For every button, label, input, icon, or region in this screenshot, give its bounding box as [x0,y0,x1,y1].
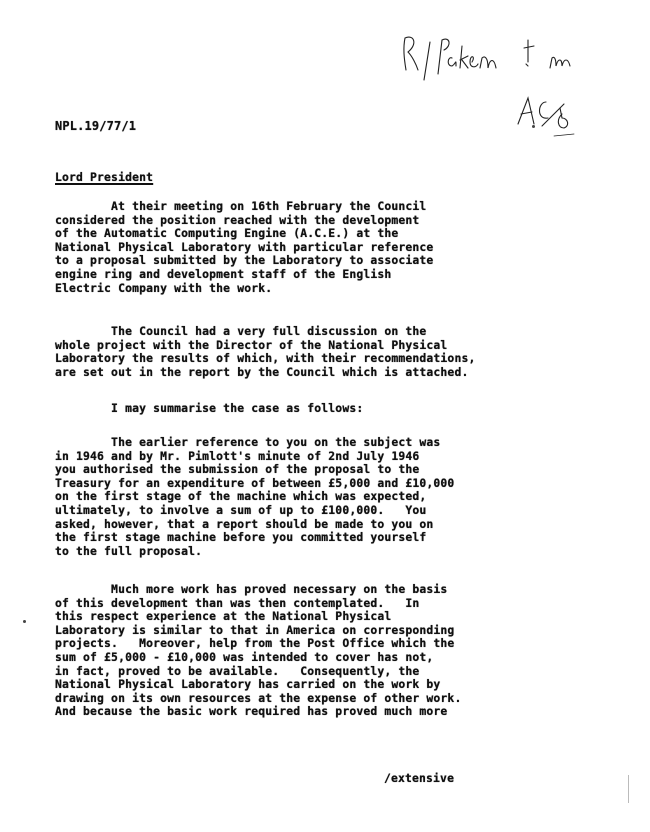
text-line: And because the basic work required has … [55,705,461,719]
text-line: engine ring and development staff of the… [55,268,433,282]
margin-mark [628,775,629,803]
text-line: of the Automatic Computing Engine (A.C.E… [55,227,433,241]
text-line: projects. Moreover, help from the Post O… [55,637,461,651]
paragraph-summary-intro: I may summarise the case as follows: [55,402,363,416]
document-reference: NPL.19/77/1 [55,120,136,134]
text-line: The earlier reference to you on the subj… [55,436,454,450]
margin-dot [23,620,26,623]
text-line: are set out in the report by the Council… [55,366,475,380]
handwritten-annotation [400,28,600,138]
text-line: Much more work has proved necessary on t… [55,583,461,597]
text-line: to the full proposal. [55,545,454,559]
text-line: this respect experience at the National … [55,610,461,624]
text-line: on the first stage of the machine which … [55,490,454,504]
text-line: The Council had a very full discussion o… [55,325,475,339]
text-line: to a proposal submitted by the Laborator… [55,254,433,268]
text-line: National Physical Laboratory has carried… [55,678,461,692]
text-line: ultimately, to involve a sum of up to £1… [55,504,454,518]
text-line: you authorised the submission of the pro… [55,463,454,477]
addressee-heading: Lord President [55,171,153,185]
paragraph-more-work: Much more work has proved necessary on t… [55,583,461,719]
paragraph-council-discussion: The Council had a very full discussion o… [55,325,475,379]
text-line: sum of £5,000 - £10,000 was intended to … [55,651,461,665]
text-line: Electric Company with the work. [55,282,433,296]
continuation-catchword: /extensive [384,772,454,786]
text-line: At their meeting on 16th February the Co… [55,200,433,214]
text-line: I may summarise the case as follows: [55,402,363,416]
text-line: the first stage machine before you commi… [55,531,454,545]
paragraph-earlier-reference: The earlier reference to you on the subj… [55,436,454,558]
text-line: Laboratory the results of which, with th… [55,352,475,366]
document-page: NPL.19/77/1 Lord President At their meet… [0,0,650,832]
margin-dot [532,125,535,128]
paragraph-council-meeting: At their meeting on 16th February the Co… [55,200,433,295]
